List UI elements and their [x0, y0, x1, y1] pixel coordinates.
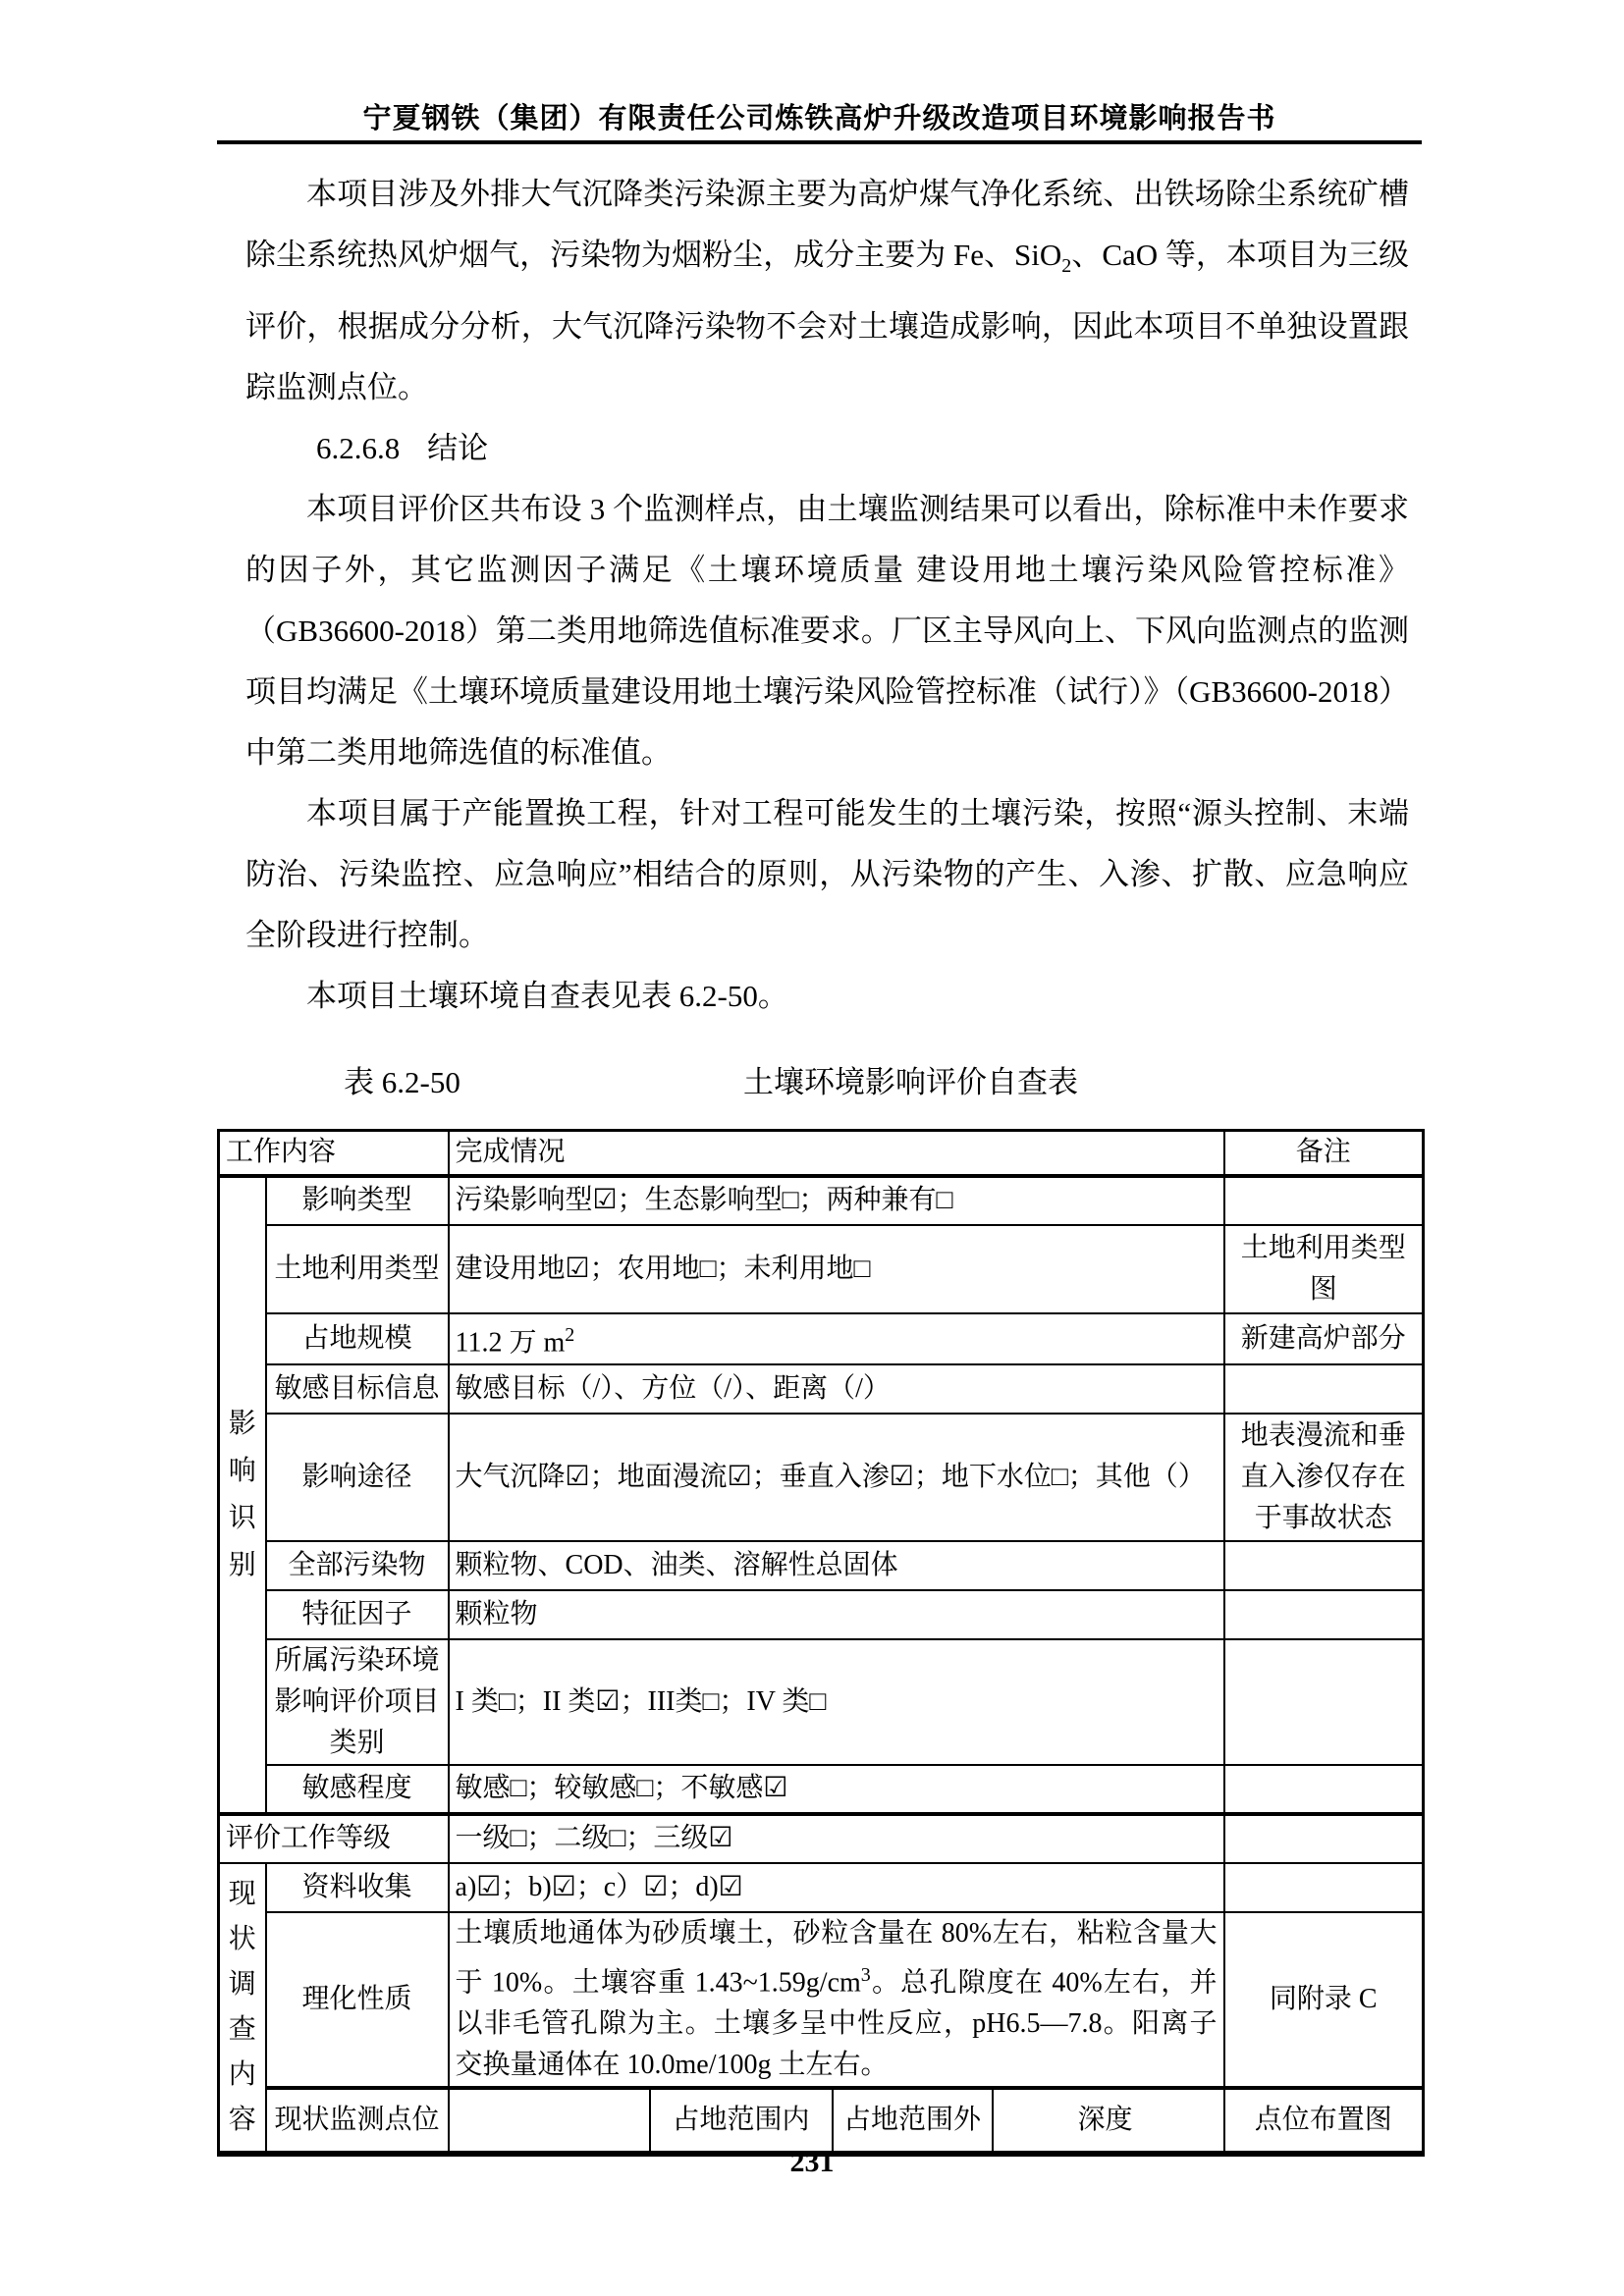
note-impact-path: 地表漫流和垂直入渗仅存在于事故状态 — [1224, 1414, 1424, 1541]
physchem-superscript: 3 — [861, 1964, 871, 1986]
header-rule — [217, 140, 1422, 144]
label-evaluation-level: 评价工作等级 — [219, 1814, 449, 1863]
label-impact-type: 影响类型 — [266, 1176, 449, 1225]
group-impact-identification: 影响识别 — [219, 1176, 266, 1814]
area-superscript: 2 — [565, 1324, 574, 1346]
header-cell-work: 工作内容 — [219, 1131, 449, 1176]
label-monitoring-points: 现状监测点位 — [266, 2088, 449, 2154]
row-sensitivity: 敏感程度 敏感□；较敏感□；不敏感☑ — [219, 1765, 1424, 1814]
note-project-category — [1224, 1639, 1424, 1765]
monitoring-subwrap: 占地范围内 占地范围外 深度 — [456, 2090, 1218, 2151]
table-caption: 表 6.2-50 土壤环境影响评价自查表 — [245, 1058, 1409, 1107]
content-characteristic-factor: 颗粒物 — [449, 1590, 1224, 1639]
header-cell-status: 完成情况 — [449, 1131, 1224, 1176]
header-cell-note: 备注 — [1224, 1131, 1424, 1176]
group-status-survey: 现状调查内容 — [219, 1863, 266, 2154]
running-head: 宁夏钢铁（集团）有限责任公司炼铁高炉升级改造项目环境影响报告书 — [217, 96, 1422, 136]
monitoring-col-inside: 占地范围内 — [649, 2090, 832, 2151]
soil-selfcheck-table: 工作内容 完成情况 备注 影响识别 影响类型 污染影响型☑；生态影响型□；两种兼… — [217, 1129, 1425, 2157]
paragraph-3: 本项目属于产能置换工程，针对工程可能发生的土壤污染，按照“源头控制、末端防治、污… — [245, 783, 1409, 966]
row-evaluation-level: 评价工作等级 一级□；二级□；三级☑ — [219, 1814, 1424, 1863]
monitoring-subcolumns: 占地范围内 占地范围外 深度 — [449, 2088, 1224, 2154]
note-all-pollutants — [1224, 1541, 1424, 1590]
content-sensitivity: 敏感□；较敏感□；不敏感☑ — [449, 1765, 1224, 1814]
row-physchem: 理化性质 土壤质地通体为砂质壤土，砂粒含量在 80%左右，粘粒含量大于 10%。… — [219, 1912, 1424, 2088]
label-characteristic-factor: 特征因子 — [266, 1590, 449, 1639]
row-all-pollutants: 全部污染物 颗粒物、COD、油类、溶解性总固体 — [219, 1541, 1424, 1590]
paragraph-4: 本项目土壤环境自查表见表 6.2-50。 — [245, 966, 1409, 1027]
note-impact-type — [1224, 1176, 1424, 1225]
section-heading-number: 6.2.6.8 — [316, 431, 400, 465]
row-land-use: 土地利用类型 建设用地☑；农用地□；未利用地□ 土地利用类型图 — [219, 1225, 1424, 1313]
label-all-pollutants: 全部污染物 — [266, 1541, 449, 1590]
note-physchem: 同附录 C — [1224, 1912, 1424, 2088]
note-area: 新建高炉部分 — [1224, 1313, 1424, 1364]
table-caption-label: 表 6.2-50 — [344, 1058, 460, 1107]
row-project-category: 所属污染环境影响评价项目类别 I 类□；II 类☑；III类□；IV 类□ — [219, 1639, 1424, 1765]
note-evaluation-level — [1224, 1814, 1424, 1863]
area-value: 11.2 万 m — [456, 1327, 566, 1358]
table-header-row: 工作内容 完成情况 备注 — [219, 1131, 1424, 1176]
content-physchem: 土壤质地通体为砂质壤土，砂粒含量在 80%左右，粘粒含量大于 10%。土壤容重 … — [449, 1912, 1224, 2088]
monitoring-col-outside: 占地范围外 — [832, 2090, 992, 2151]
content-sensitive-target: 敏感目标（/）、方位（/）、距离（/） — [449, 1364, 1224, 1414]
paragraph-2: 本项目评价区共布设 3 个监测样点，由土壤监测结果可以看出，除标准中未作要求的因… — [245, 479, 1409, 783]
label-physchem: 理化性质 — [266, 1912, 449, 2088]
content-project-category: I 类□；II 类☑；III类□；IV 类□ — [449, 1639, 1224, 1765]
row-monitoring-points: 现状监测点位 占地范围内 占地范围外 深度 点位布置图 — [219, 2088, 1424, 2154]
label-land-use: 土地利用类型 — [266, 1225, 449, 1313]
label-sensitivity: 敏感程度 — [266, 1765, 449, 1814]
content-impact-path: 大气沉降☑；地面漫流☑；垂直入渗☑；地下水位□；其他（） — [449, 1414, 1224, 1541]
paragraph-1: 本项目涉及外排大气沉降类污染源主要为高炉煤气净化系统、出铁场除尘系统矿槽除尘系统… — [245, 164, 1409, 418]
content-data-collection: a)☑；b)☑；c）☑；d)☑ — [449, 1863, 1224, 1912]
section-heading-text: 结论 — [427, 431, 488, 465]
content-impact-type: 污染影响型☑；生态影响型□；两种兼有□ — [449, 1176, 1224, 1225]
label-project-category: 所属污染环境影响评价项目类别 — [266, 1639, 449, 1765]
note-data-collection — [1224, 1863, 1424, 1912]
table-caption-title: 土壤环境影响评价自查表 — [412, 1058, 1409, 1107]
row-characteristic-factor: 特征因子 颗粒物 — [219, 1590, 1424, 1639]
label-area: 占地规模 — [266, 1313, 449, 1364]
row-data-collection: 现状调查内容 资料收集 a)☑；b)☑；c）☑；d)☑ — [219, 1863, 1424, 1912]
body-text: 本项目涉及外排大气沉降类污染源主要为高炉煤气净化系统、出铁场除尘系统矿槽除尘系统… — [245, 164, 1409, 1027]
content-all-pollutants: 颗粒物、COD、油类、溶解性总固体 — [449, 1541, 1224, 1590]
note-characteristic-factor — [1224, 1590, 1424, 1639]
content-evaluation-level: 一级□；二级□；三级☑ — [449, 1814, 1224, 1863]
note-sensitivity — [1224, 1765, 1424, 1814]
section-heading: 6.2.6.8结论 — [245, 418, 1409, 479]
content-area: 11.2 万 m2 — [449, 1313, 1224, 1364]
label-impact-path: 影响途径 — [266, 1414, 449, 1541]
row-impact-type: 影响识别 影响类型 污染影响型☑；生态影响型□；两种兼有□ — [219, 1176, 1424, 1225]
row-area: 占地规模 11.2 万 m2 新建高炉部分 — [219, 1313, 1424, 1364]
page-number: 231 — [0, 2146, 1624, 2179]
monitoring-col-depth: 深度 — [992, 2090, 1218, 2151]
label-data-collection: 资料收集 — [266, 1863, 449, 1912]
group-impact-identification-label: 影响识别 — [227, 1401, 258, 1589]
row-impact-path: 影响途径 大气沉降☑；地面漫流☑；垂直入渗☑；地下水位□；其他（） 地表漫流和垂… — [219, 1414, 1424, 1541]
content-land-use: 建设用地☑；农用地□；未利用地□ — [449, 1225, 1224, 1313]
monitoring-empty-cell — [456, 2090, 649, 2151]
page: 宁夏钢铁（集团）有限责任公司炼铁高炉升级改造项目环境影响报告书 本项目涉及外排大… — [0, 0, 1624, 2296]
sio2-subscript: 2 — [1061, 255, 1071, 277]
row-sensitive-target: 敏感目标信息 敏感目标（/）、方位（/）、距离（/） — [219, 1364, 1424, 1414]
label-sensitive-target: 敏感目标信息 — [266, 1364, 449, 1414]
note-sensitive-target — [1224, 1364, 1424, 1414]
note-monitoring-points: 点位布置图 — [1224, 2088, 1424, 2154]
note-land-use: 土地利用类型图 — [1224, 1225, 1424, 1313]
group-status-survey-label: 现状调查内容 — [227, 1872, 258, 2143]
